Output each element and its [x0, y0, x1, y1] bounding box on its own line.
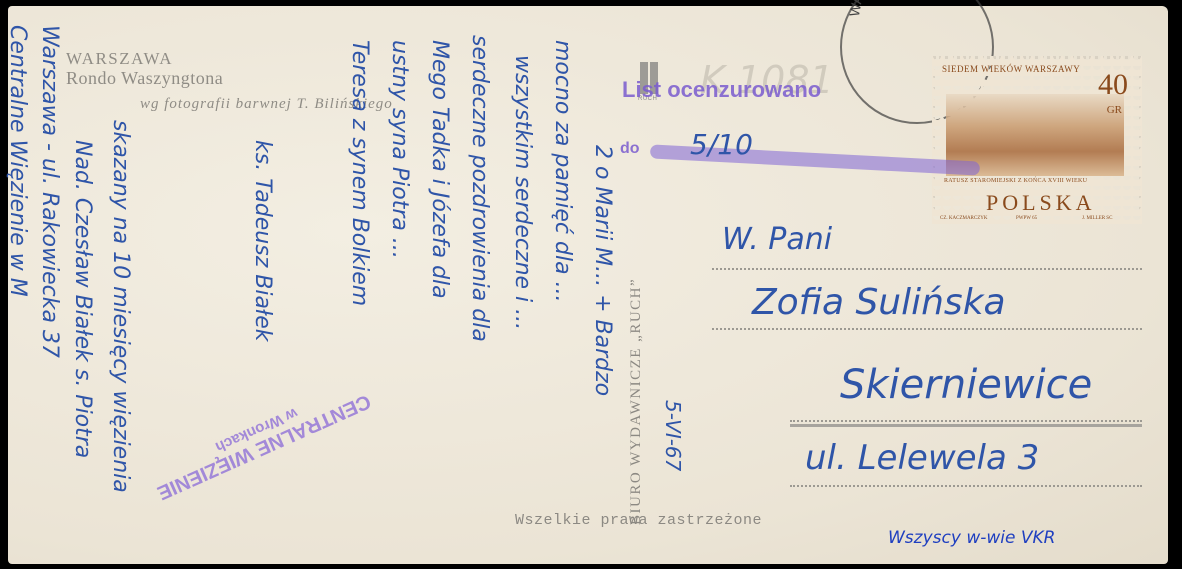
stamp-caption: RATUSZ STAROMIEJSKI Z KOŃCA XVIII WIEKU — [944, 178, 1087, 184]
stamp-country: POLSKA — [986, 190, 1096, 216]
message-column: skazany na 10 miesięcy więzienia — [108, 120, 133, 493]
publisher-imprint: BIURO WYDAWNICZE „RUCH” — [628, 278, 645, 525]
message-column: ustny syna Piotra ... — [387, 40, 412, 259]
stamp-designer: CZ. KACZMARCZYK — [940, 216, 988, 221]
rights-notice: Wszelkie prawa zastrzeżone — [515, 512, 762, 529]
message-column: ks. Tadeusz Białek — [250, 140, 275, 342]
address-dotted-line — [712, 268, 1142, 270]
sender-note: Wszyscy w-wie VKR — [888, 528, 1055, 548]
address-dotted-line — [790, 485, 1142, 487]
address-name: Zofia Sulińska — [752, 282, 1006, 323]
message-column: wszystkim serdeczne i ... — [510, 55, 535, 330]
message-date: 5-VI-67 — [661, 400, 685, 471]
stamp-value: 40 — [1098, 68, 1128, 102]
address-city: Skierniewice — [840, 362, 1092, 408]
message-column: serdeczne pozdrowienia dla — [467, 35, 492, 342]
stamp-engraver: J. MILLER SC — [1082, 216, 1112, 221]
stamp-currency: GR — [1107, 104, 1122, 116]
message-column: Teresa z synem Bolkiem — [347, 40, 372, 306]
caption-place: Rondo Waszyngtona — [66, 68, 223, 89]
address-dotted-line — [790, 420, 1142, 422]
address-solid-bar — [790, 424, 1142, 427]
censor-stamp-do: do — [620, 140, 640, 158]
address-dotted-line — [712, 328, 1142, 330]
message-column: Centralne Więzienie w M — [5, 25, 30, 297]
stamp-series: SIEDEM WIEKÓW WARSZAWY — [942, 64, 1080, 74]
censor-handwritten-number: 5/10 — [690, 128, 753, 161]
message-column: Warszawa - ul. Rakowiecka 37 — [37, 25, 62, 358]
stamp-printer: PWPW 65 — [1016, 216, 1037, 221]
caption-city: WARSZAWA — [66, 49, 173, 69]
address-street: ul. Lelewela 3 — [805, 438, 1039, 478]
message-column: mocno za pamięć dla ... — [550, 40, 575, 303]
message-column: 2 o Marii M... + Bardzo — [590, 145, 615, 396]
message-column: Mego Tadka i Józefa dla — [427, 40, 452, 299]
postage-stamp: SIEDEM WIEKÓW WARSZAWY 40 GR RATUSZ STAR… — [932, 56, 1142, 224]
censor-stamp-text: List ocenzurowano — [622, 77, 821, 103]
message-column: Nad. Czesław Białek s. Piotra — [70, 140, 95, 458]
address-salutation: W. Pani — [722, 222, 832, 257]
